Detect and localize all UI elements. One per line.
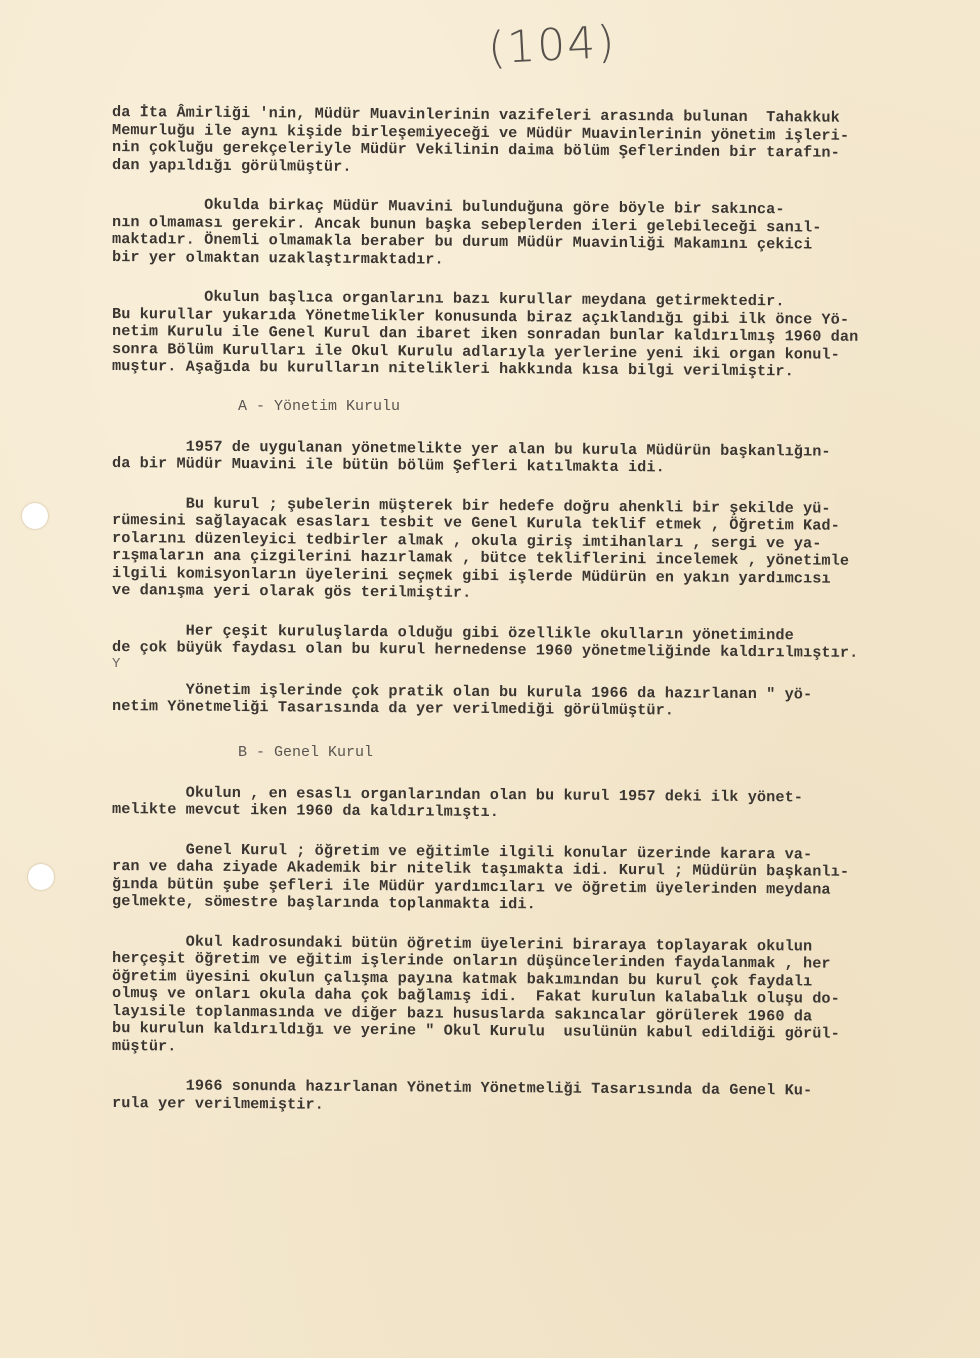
punch-hole-lower bbox=[28, 864, 54, 890]
section-b-heading: B - Genel Kurul bbox=[112, 744, 942, 762]
paragraph-2: Okulda birkaç Müdür Muavini bulunduğuna … bbox=[112, 196, 942, 266]
document-page: (104) da İta Âmirliği 'nin, Müdür Muavin… bbox=[0, 0, 980, 1358]
paragraph-3: Okulun başlıca organlarını bazı kurullar… bbox=[112, 288, 942, 376]
section-b-paragraph-1: Okulun , en esaslı organlarından olan bu… bbox=[112, 784, 942, 819]
section-b-paragraph-3: Okul kadrosundaki bütün öğretim üyelerin… bbox=[112, 933, 942, 1056]
section-a-paragraph-1: 1957 de uygulanan yönetmelikte yer alan … bbox=[112, 438, 942, 473]
section-a-paragraph-4: Yönetim işlerinde çok pratik olan bu kur… bbox=[112, 681, 942, 716]
section-a-paragraph-2: Bu kurul ; şubelerin müşterek bir hedefe… bbox=[112, 495, 942, 600]
section-a-paragraph-3: Her çeşit kuruluşlarda olduğu gibi özell… bbox=[112, 622, 942, 671]
section-b-paragraph-4: 1966 sonunda hazırlanan Yönetim Yönetmel… bbox=[112, 1077, 942, 1112]
typewritten-body: da İta Âmirliği 'nin, Müdür Muavinlerini… bbox=[112, 104, 942, 1134]
section-b-paragraph-2: Genel Kurul ; öğretim ve eğitimle ilgili… bbox=[112, 841, 942, 911]
punch-hole-upper bbox=[22, 503, 48, 529]
handwritten-page-number: (104) bbox=[487, 17, 618, 75]
section-a-heading: A - Yönetim Kurulu bbox=[112, 398, 942, 416]
paragraph-1: da İta Âmirliği 'nin, Müdür Muavinlerini… bbox=[112, 104, 942, 174]
